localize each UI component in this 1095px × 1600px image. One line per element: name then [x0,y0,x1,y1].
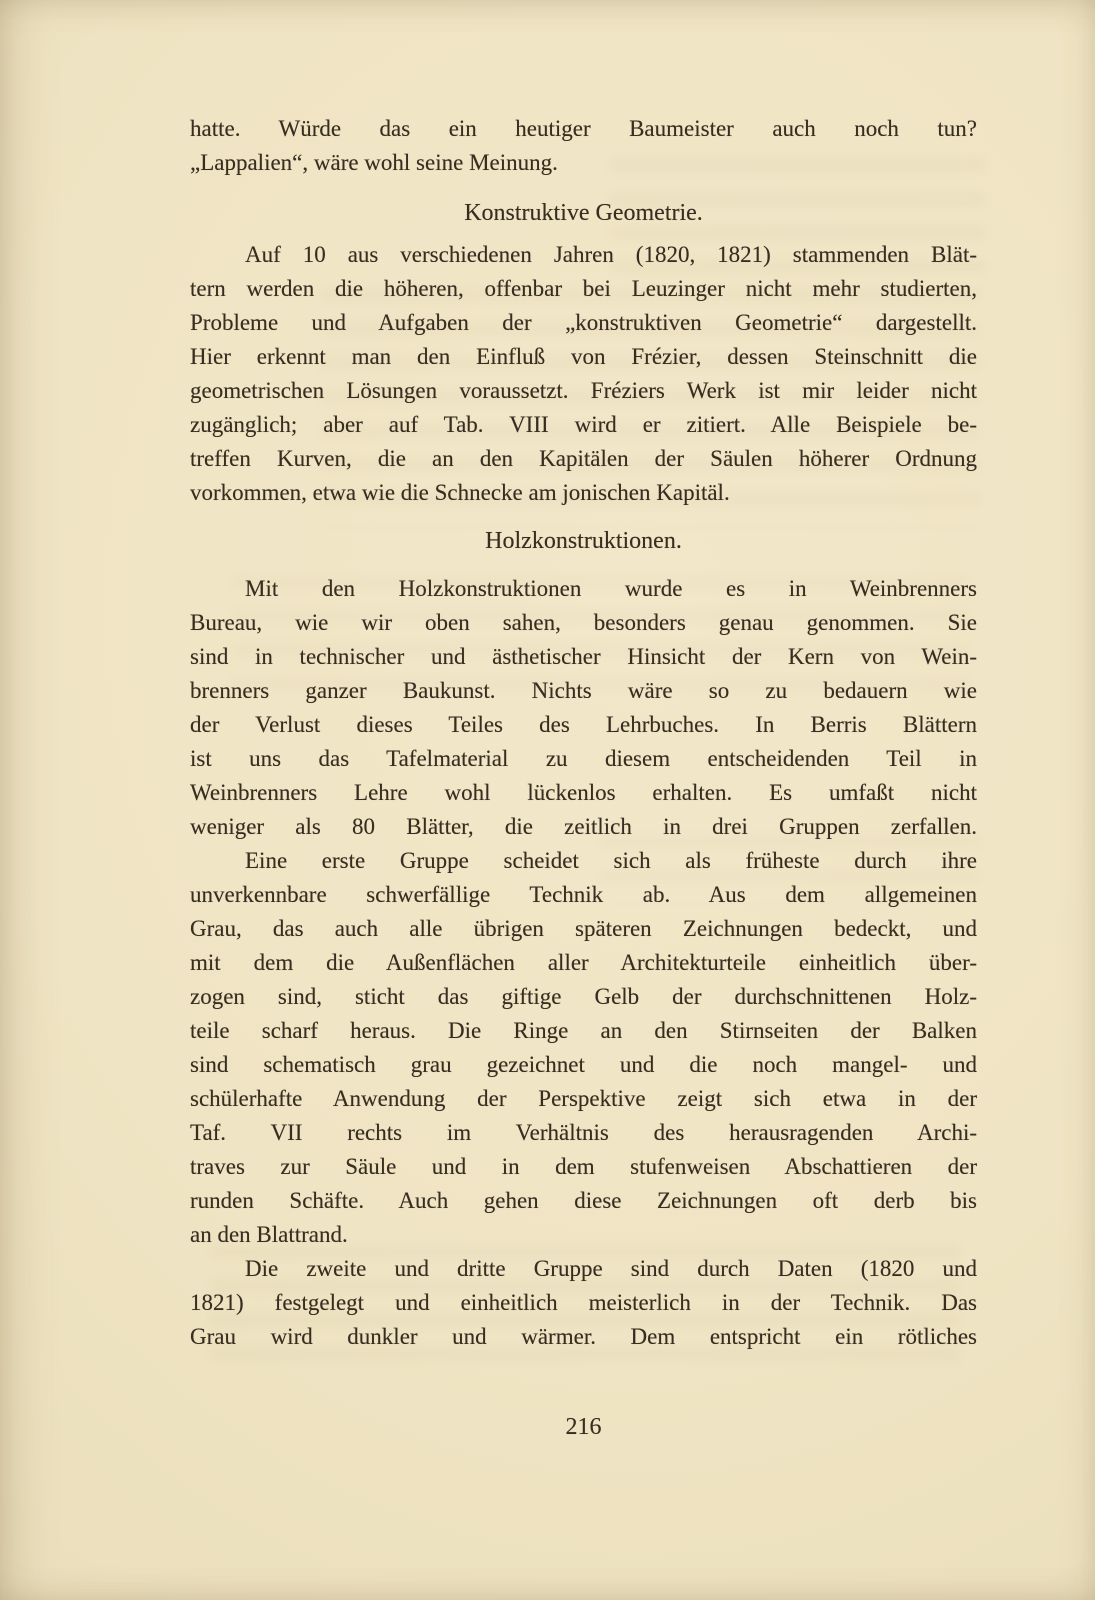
text-line: 1821) festgelegt und einheitlich meister… [190,1286,977,1320]
text-line: Grau wird dunkler und wärmer. Dem entspr… [190,1320,977,1354]
paragraph: Auf 10 aus verschiedenen Jahren (1820, 1… [190,238,977,510]
text-line: geometrischen Lösungen voraussetzt. Fréz… [190,374,977,408]
text-line: schülerhafte Anwendung der Perspektive z… [190,1082,977,1116]
text-line: zogen sind, sticht das giftige Gelb der … [190,980,977,1014]
text-line: Auf 10 aus verschiedenen Jahren (1820, 1… [190,238,977,272]
text-line: sind in technischer und ästhetischer Hin… [190,640,977,674]
text-line: hatte. Würde das ein heutiger Baumeister… [190,112,977,146]
text-line: Eine erste Gruppe scheidet sich als früh… [190,844,977,878]
text-line: Probleme und Aufgaben der „konstruktiven… [190,306,977,340]
section-heading-holzkonstruktionen: Holzkonstruktionen. [190,524,977,558]
text-line: an den Blattrand. [190,1218,977,1252]
text-line: vorkommen, etwa wie die Schnecke am joni… [190,476,977,510]
page-number: 216 [190,1410,977,1444]
paragraph: Die zweite und dritte Gruppe sind durch … [190,1252,977,1354]
text-line: tern werden die höheren, offenbar bei Le… [190,272,977,306]
text-block: hatte. Würde das ein heutiger Baumeister… [190,112,977,1444]
text-line: runden Schäfte. Auch gehen diese Zeichnu… [190,1184,977,1218]
text-line: traves zur Säule und in dem stufenweisen… [190,1150,977,1184]
text-line: Die zweite und dritte Gruppe sind durch … [190,1252,977,1286]
text-line: Bureau, wie wir oben sahen, besonders ge… [190,606,977,640]
text-line: treffen Kurven, die an den Kapitälen der… [190,442,977,476]
text-line: mit dem die Außenflächen aller Architekt… [190,946,977,980]
text-line: „Lappalien“, wäre wohl seine Meinung. [190,146,977,180]
text-line: der Verlust dieses Teiles des Lehrbuches… [190,708,977,742]
text-line: brenners ganzer Baukunst. Nichts wäre so… [190,674,977,708]
text-line: Mit den Holzkonstruktionen wurde es in W… [190,572,977,606]
paragraph: Mit den Holzkonstruktionen wurde es in W… [190,572,977,844]
text-line: ist uns das Tafelmaterial zu diesem ents… [190,742,977,776]
text-line: Hier erkennt man den Einfluß von Frézier… [190,340,977,374]
scanned-book-page: hatte. Würde das ein heutiger Baumeister… [0,0,1095,1600]
section-heading-konstruktive-geometrie: Konstruktive Geometrie. [190,196,977,230]
text-line: Taf. VII rechts im Verhältnis des heraus… [190,1116,977,1150]
text-line: weniger als 80 Blätter, die zeitlich in … [190,810,977,844]
text-line: unverkennbare schwerfällige Technik ab. … [190,878,977,912]
paragraph: Eine erste Gruppe scheidet sich als früh… [190,844,977,1252]
intro-paragraph: hatte. Würde das ein heutiger Baumeister… [190,112,977,180]
text-line: Weinbrenners Lehre wohl lückenlos erhalt… [190,776,977,810]
text-line: zugänglich; aber auf Tab. VIII wird er z… [190,408,977,442]
text-line: sind schematisch grau gezeichnet und die… [190,1048,977,1082]
text-line: Grau, das auch alle übrigen späteren Zei… [190,912,977,946]
text-line: teile scharf heraus. Die Ringe an den St… [190,1014,977,1048]
